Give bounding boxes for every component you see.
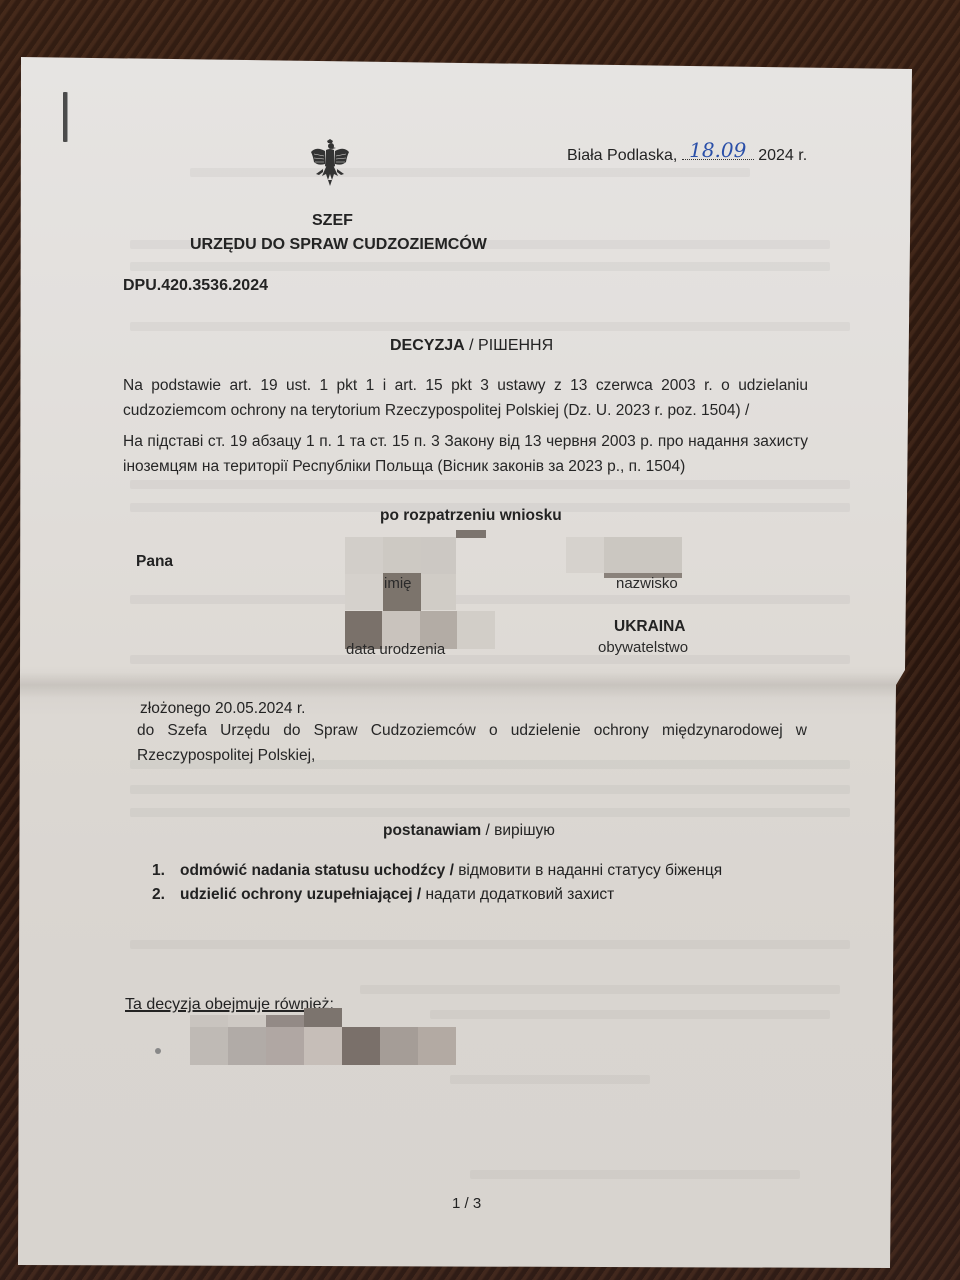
staple-mark [63, 92, 67, 142]
decision-ua: відмовити в наданні статусу біженця [458, 862, 722, 879]
title-pl: DECYZJA [390, 337, 465, 354]
birth-date-label: data urodzenia [346, 641, 445, 658]
submission-date: złożonego 20.05.2024 r. [140, 700, 305, 718]
resolution-heading: postanawiam / вирішую [383, 822, 555, 840]
also-covers-heading: Ta decyzja obejmuje również: [125, 996, 334, 1014]
bullet-icon [155, 1048, 161, 1054]
citizenship-label: obywatelstwo [598, 639, 688, 656]
place-and-date: Biała Podlaska, 18.09 2024 r. [567, 144, 807, 165]
legal-basis-pl: Na podstawie art. 19 ust. 1 pkt 1 i art.… [123, 373, 808, 423]
city: Biała Podlaska, [567, 147, 677, 164]
decision-list: 1.odmówić nadania statusu uchodźcy / від… [152, 859, 722, 907]
issuer-title: SZEF [312, 212, 353, 230]
issuer-office: URZĘDU DO SPRAW CUDZOZIEMCÓW [190, 236, 487, 254]
citizenship-value: UKRAINA [614, 618, 685, 636]
case-number: DPU.420.3536.2024 [123, 277, 268, 295]
decision-number: 2. [152, 883, 180, 907]
decision-pl: odmówić nadania statusu uchodźcy [180, 862, 445, 879]
after-review-heading: po rozpatrzeniu wniosku [380, 507, 562, 525]
paper-fold [20, 672, 910, 698]
title-separator: / [465, 337, 478, 354]
decision-number: 1. [152, 859, 180, 883]
resolve-separator: / [481, 822, 494, 839]
decision-item: 1.odmówić nadania statusu uchodźcy / від… [152, 859, 722, 883]
decision-separator: / [413, 886, 426, 903]
year: 2024 r. [758, 147, 807, 164]
last-name-label: nazwisko [616, 575, 678, 592]
applicant-salutation: Pana [136, 553, 173, 571]
decision-ua: надати додатковий захист [425, 886, 614, 903]
first-name-label: imię [384, 575, 412, 592]
page-number: 1 / 3 [452, 1195, 481, 1212]
polish-eagle-emblem-icon [310, 138, 350, 188]
legal-basis-ua: На підставі ст. 19 абзацу 1 п. 1 та ст. … [123, 429, 808, 479]
document-title: DECYZJA / РІШЕННЯ [390, 337, 553, 355]
title-ua: РІШЕННЯ [478, 337, 553, 354]
submitted-to: do Szefa Urzędu do Spraw Cudzoziemców o … [137, 718, 807, 768]
decision-item: 2.udzielić ochrony uzupełniającej / нада… [152, 883, 722, 907]
resolve-ua: вирішую [494, 822, 555, 839]
handwritten-date: 18.09 [682, 141, 754, 160]
decision-pl: udzielić ochrony uzupełniającej [180, 886, 413, 903]
decision-separator: / [445, 862, 458, 879]
resolve-pl: postanawiam [383, 822, 481, 839]
